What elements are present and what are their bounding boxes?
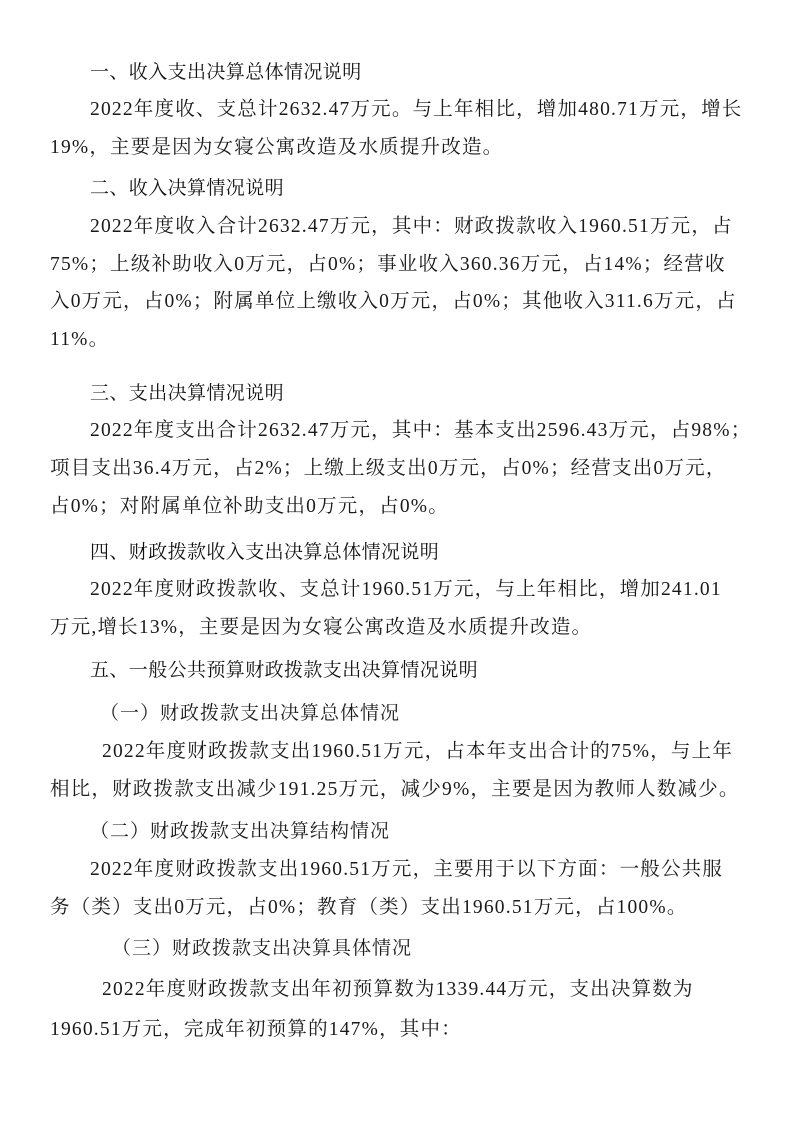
section-heading-1: 一、收入支出决算总体情况说明	[90, 60, 362, 84]
paragraph-line: 2022年度财政拨款收、支总计1960.51万元，与上年相比，增加241.01	[90, 578, 722, 602]
section-heading-5: 五、一般公共预算财政拨款支出决算情况说明	[90, 658, 478, 682]
paragraph-line: 2022年度财政拨款支出年初预算数为1339.44万元，支出决算数为	[102, 978, 694, 1002]
paragraph-line: 占0%；对附属单位补助支出0万元，占0%。	[50, 495, 449, 519]
paragraph-line: 入0万元，占0%；附属单位上缴收入0万元，占0%；其他收入311.6万元，占	[50, 290, 737, 314]
subsection-heading-2: （二）财政拨款支出决算结构情况	[90, 819, 390, 843]
paragraph-line: 项目支出36.4万元，占2%；上缴上级支出0万元，占0%；经营支出0万元，	[50, 457, 727, 481]
paragraph-line: 2022年度财政拨款支出1960.51万元，占本年支出合计的75%，与上年	[102, 740, 733, 764]
paragraph-line: 2022年度财政拨款支出1960.51万元，主要用于以下方面：一般公共服	[90, 858, 723, 882]
subsection-heading-3: （三）财政拨款支出决算具体情况	[112, 936, 412, 960]
section-heading-2: 二、收入决算情况说明	[90, 176, 284, 200]
paragraph-line: 2022年度收入合计2632.47万元，其中：财政拨款收入1960.51万元，占	[90, 215, 733, 239]
paragraph-line: 2022年度支出合计2632.47万元，其中：基本支出2596.43万元，占98…	[90, 419, 751, 443]
section-heading-4: 四、财政拨款收入支出决算总体情况说明	[90, 540, 439, 564]
paragraph-line: 相比，财政拨款支出减少191.25万元，减少9%，主要是因为教师人数减少。	[50, 778, 740, 802]
paragraph-line: 19%，主要是因为女寝公寓改造及水质提升改造。	[50, 136, 503, 160]
paragraph-line: 务（类）支出0万元，占0%；教育（类）支出1960.51万元，占100%。	[50, 896, 688, 920]
paragraph-line: 11%。	[50, 328, 109, 352]
paragraph-line: 2022年度收、支总计2632.47万元。与上年相比，增加480.71万元，增长	[90, 98, 743, 122]
paragraph-line: 75%；上级补助收入0万元，占0%；事业收入360.36万元，占14%；经营收	[50, 253, 726, 277]
paragraph-line: 万元,增长13%，主要是因为女寝公寓改造及水质提升改造。	[50, 616, 592, 640]
paragraph-line: 1960.51万元，完成年初预算的147%，其中：	[50, 1018, 462, 1042]
subsection-heading-1: （一）财政拨款支出决算总体情况	[100, 701, 400, 725]
document-page: 一、收入支出决算总体情况说明 2022年度收、支总计2632.47万元。与上年相…	[0, 0, 793, 1122]
section-heading-3: 三、支出决算情况说明	[90, 381, 284, 405]
